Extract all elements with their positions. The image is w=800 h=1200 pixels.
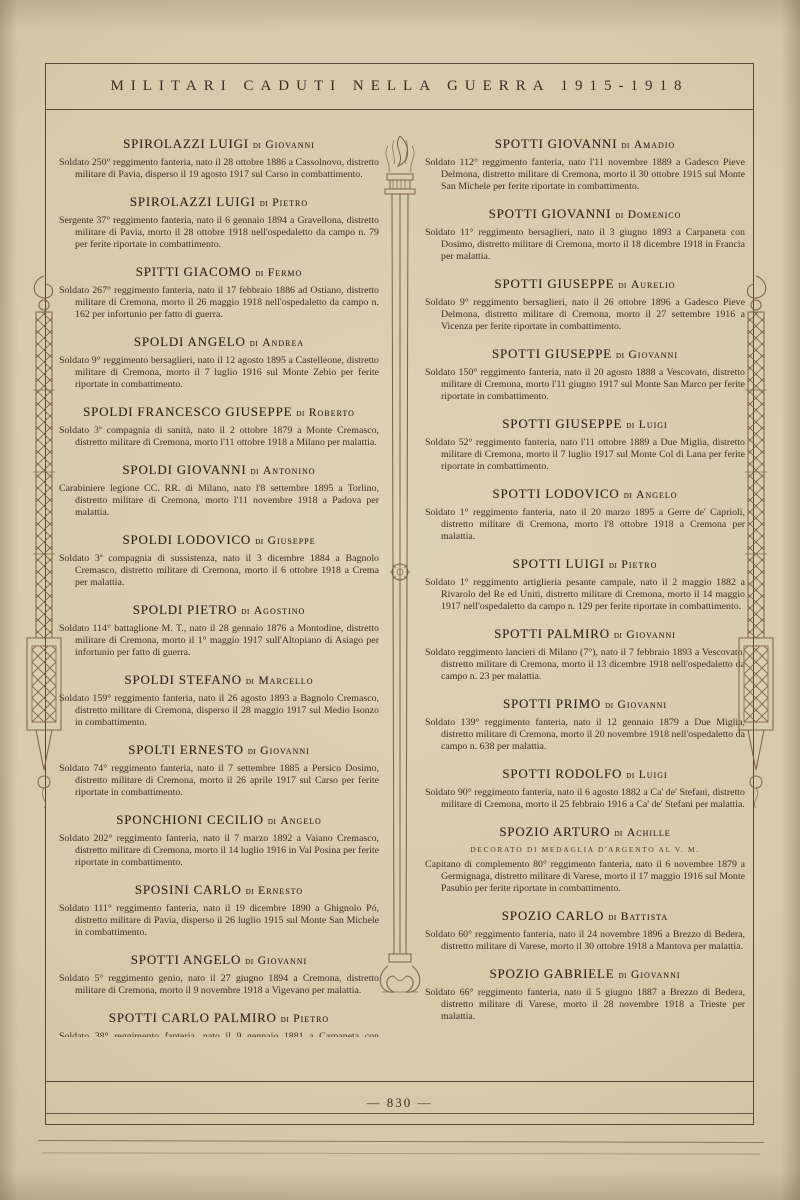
entry-text: Soldato 1° reggimento fanteria, nato il … [425,507,745,543]
casualty-entry: SPOTTI GIUSEPPE di Aurelio Soldato 9° re… [425,276,745,333]
entry-father: Pietro [293,1013,329,1025]
casualty-entry: SPOTTI ANGELO di Giovanni Soldato 5° reg… [59,952,379,997]
entry-di: di [609,560,617,571]
entry-surname: SPOLDI PIETRO [133,602,238,617]
page-title: MILITARI CADUTI NELLA GUERRA 1915-1918 [110,78,688,95]
entry-surname: SPOLTI ERNESTO [128,742,244,757]
casualty-entry: SPOTTI RODOLFO di Luigi Soldato 90° regg… [425,766,745,811]
entry-text: Soldato 11° reggimento bersaglieri, nato… [425,227,745,263]
entry-text: Soldato 159° reggimento fanteria, nato i… [59,693,379,729]
entry-heading: SPOTTI GIUSEPPE di Giovanni [425,346,745,362]
entry-surname: SPONCHIONI CECILIO [116,812,264,827]
casualty-entry: SPOLDI ANGELO di Andrea Soldato 9° reggi… [59,334,379,391]
entry-heading: SPONCHIONI CECILIO di Angelo [59,812,379,828]
entry-text: Soldato 3ª compagnia di sanità, nato il … [59,425,379,449]
entry-father: Domenico [628,209,682,221]
casualty-entry: SPOZIO ARTURO di Achille DECORATO DI MED… [425,824,745,895]
entry-di: di [253,140,261,151]
entry-decoration: DECORATO DI MEDAGLIA D'ARGENTO AL V. M. [425,845,745,854]
casualty-entry: SPOZIO GIOVANNI di Teodoro Soldato 154° … [425,1036,745,1037]
entry-father: Andrea [262,337,304,349]
entry-di: di [268,816,276,827]
entry-text: Soldato 60° reggimento fanteria, nato il… [425,929,745,953]
casualty-entry: SPONCHIONI CECILIO di Angelo Soldato 202… [59,812,379,869]
entry-heading: SPOTTI PALMIRO di Giovanni [425,626,745,642]
casualty-entry: SPOTTI GIOVANNI di Domenico Soldato 11° … [425,206,745,263]
entry-di: di [246,676,254,687]
casualty-entry: SPOLDI GIOVANNI di Antonino Carabiniere … [59,462,379,519]
entry-di: di [615,210,623,221]
entry-heading: SPOTTI LODOVICO di Angelo [425,486,745,502]
entry-heading: SPOTTI ANGELO di Giovanni [59,952,379,968]
entry-di: di [626,770,634,781]
footer-band: — 830 — [46,1081,753,1124]
entry-text: Soldato 114° battaglione M. T., nato il … [59,623,379,659]
entry-di: di [296,408,304,419]
entry-surname: SPOZIO CARLO [502,908,604,923]
entry-di: di [246,886,254,897]
entry-text: Soldato reggimento lancieri di Milano (7… [425,647,745,683]
entry-surname: SPOTTI RODOLFO [502,766,622,781]
entry-father: Pietro [621,559,657,571]
entry-text: Capitano di complemento 80° reggimento f… [425,859,745,895]
entry-father: Roberto [309,407,355,419]
entry-surname: SPOTTI GIUSEPPE [492,346,612,361]
entry-father: Achille [627,827,671,839]
entry-surname: SPOZIO GABRIELE [489,966,614,981]
entry-father: Giuseppe [268,535,316,547]
entry-heading: SPOLDI FRANCESCO GIUSEPPE di Roberto [59,404,379,420]
casualty-entry: SPOLDI STEFANO di Marcello Soldato 159° … [59,672,379,729]
page-edge-line [38,1140,764,1143]
entry-heading: SPOLDI STEFANO di Marcello [59,672,379,688]
entry-text: Soldato 202° reggimento fanteria, nato i… [59,833,379,869]
casualty-entry: SPOLTI ERNESTO di Giovanni Soldato 74° r… [59,742,379,799]
entry-heading: SPOTTI GIUSEPPE di Luigi [425,416,745,432]
entry-surname: SPOTTI GIUSEPPE [494,276,614,291]
entry-di: di [245,956,253,967]
page-edge-line [42,1152,760,1154]
entry-surname: SPOLDI FRANCESCO GIUSEPPE [83,404,292,419]
entry-father: Angelo [280,815,321,827]
entry-text: Soldato 5° reggimento genio, nato il 27 … [59,973,379,997]
entry-text: Sergente 37° reggimento fanteria, nato i… [59,215,379,251]
entry-surname: SPOTTI PRIMO [503,696,601,711]
entry-surname: SPOTTI PALMIRO [494,626,610,641]
entry-text: Carabiniere legione CC. RR. di Milano, n… [59,483,379,519]
left-column: SPIROLAZZI LUIGI di Giovanni Soldato 250… [59,136,379,1037]
entry-heading: SPOTTI LUIGI di Pietro [425,556,745,572]
entry-di: di [605,700,613,711]
entry-heading: SPOTTI PRIMO di Giovanni [425,696,745,712]
entry-di: di [619,970,627,981]
entry-heading: SPOZIO GABRIELE di Giovanni [425,966,745,982]
entry-father: Aurelio [631,279,676,291]
entry-surname: SPOZIO ARTURO [499,824,610,839]
entry-surname: SPOLDI ANGELO [134,334,246,349]
entry-text: Soldato 150° reggimento fanteria, nato i… [425,367,745,403]
entry-heading: SPOLTI ERNESTO di Giovanni [59,742,379,758]
entry-father: Luigi [639,769,668,781]
entry-father: Giovanni [629,349,679,361]
entry-di: di [248,746,256,757]
entries-area: SPIROLAZZI LUIGI di Giovanni Soldato 250… [46,110,753,1037]
entry-text: Soldato 250° reggimento fanteria, nato i… [59,157,379,181]
casualty-entry: SPOZIO GABRIELE di Giovanni Soldato 66° … [425,966,745,1023]
casualty-entry: SPOTTI PALMIRO di Giovanni Soldato reggi… [425,626,745,683]
entry-text: Soldato 90° reggimento fanteria, nato il… [425,787,745,811]
entry-surname: SPOZIO GIOVANNI [491,1036,615,1037]
entry-surname: SPIROLAZZI LUIGI [123,136,249,151]
casualty-entry: SPOSINI CARLO di Ernesto Soldato 111° re… [59,882,379,939]
entry-heading: SPOTTI GIUSEPPE di Aurelio [425,276,745,292]
casualty-entry: SPIROLAZZI LUIGI di Giovanni Soldato 250… [59,136,379,181]
entry-father: Fermo [268,267,303,279]
casualty-entry: SPOTTI CARLO PALMIRO di Pietro Soldato 3… [59,1010,379,1037]
entry-surname: SPOTTI GIOVANNI [489,206,612,221]
entry-father: Ernesto [258,885,303,897]
entry-father: Giovanni [631,969,681,981]
entry-di: di [626,420,634,431]
entry-surname: SPOTTI LODOVICO [492,486,619,501]
entry-father: Giovanni [260,745,310,757]
entry-di: di [251,466,259,477]
entry-heading: SPOTTI GIOVANNI di Amadio [425,136,745,152]
entry-text: Soldato 74° reggimento fanteria, nato il… [59,763,379,799]
casualty-entry: SPOLDI LODOVICO di Giuseppe Soldato 3ª c… [59,532,379,589]
entry-text: Soldato 111° reggimento fanteria, nato i… [59,903,379,939]
casualty-entry: SPIROLAZZI LUIGI di Pietro Sergente 37° … [59,194,379,251]
entry-text: Soldato 3ª compagnia di sussistenza, nat… [59,553,379,589]
entry-heading: SPOZIO GIOVANNI di Teodoro [425,1036,745,1037]
entry-heading: SPOZIO CARLO di Battista [425,908,745,924]
entry-heading: SPOLDI LODOVICO di Giuseppe [59,532,379,548]
casualty-entry: SPITTI GIACOMO di Fermo Soldato 267° reg… [59,264,379,321]
casualty-entry: SPOTTI GIUSEPPE di Luigi Soldato 52° reg… [425,416,745,473]
entry-di: di [614,630,622,641]
entry-di: di [614,828,622,839]
page-frame: MILITARI CADUTI NELLA GUERRA 1915-1918 S… [45,63,754,1125]
entry-father: Luigi [639,419,668,431]
entry-father: Giovanni [618,699,668,711]
scanned-book-page: { "page": { "title": "MILITARI CADUTI NE… [0,0,800,1200]
entry-heading: SPOLDI PIETRO di Agostino [59,602,379,618]
entry-surname: SPOTTI CARLO PALMIRO [109,1010,277,1025]
entry-di: di [616,350,624,361]
entry-heading: SPITTI GIACOMO di Fermo [59,264,379,280]
entry-heading: SPOSINI CARLO di Ernesto [59,882,379,898]
entry-di: di [281,1014,289,1025]
entry-father: Marcello [258,675,313,687]
casualty-entry: SPOZIO CARLO di Battista Soldato 60° reg… [425,908,745,953]
entry-surname: SPOTTI GIUSEPPE [502,416,622,431]
entry-surname: SPITTI GIACOMO [136,264,252,279]
entry-surname: SPOLDI LODOVICO [122,532,251,547]
casualty-entry: SPOTTI PRIMO di Giovanni Soldato 139° re… [425,696,745,753]
entry-di: di [621,140,629,151]
entry-di: di [241,606,249,617]
entry-surname: SPOLDI STEFANO [124,672,242,687]
entry-text: Soldato 1° reggimento artiglieria pesant… [425,577,745,613]
entry-di: di [255,536,263,547]
entry-father: Pietro [272,197,308,209]
entry-text: Soldato 112° reggimento fanteria, nato l… [425,157,745,193]
entry-di: di [624,490,632,501]
entry-father: Antonino [263,465,316,477]
entry-di: di [250,338,258,349]
casualty-entry: SPOTTI LODOVICO di Angelo Soldato 1° reg… [425,486,745,543]
entry-text: Soldato 139° reggimento fanteria, nato i… [425,717,745,753]
entry-heading: SPIROLAZZI LUIGI di Pietro [59,194,379,210]
entry-heading: SPOTTI CARLO PALMIRO di Pietro [59,1010,379,1026]
entry-text: Soldato 9° reggimento bersaglieri, nato … [425,297,745,333]
entry-text: Soldato 9° reggimento bersaglieri, nato … [59,355,379,391]
casualty-entry: SPOTTI GIOVANNI di Amadio Soldato 112° r… [425,136,745,193]
entry-heading: SPOTTI RODOLFO di Luigi [425,766,745,782]
entry-text: Soldato 38° reggimento fanteria, nato il… [59,1031,379,1037]
entry-surname: SPIROLAZZI LUIGI [130,194,256,209]
entry-father: Agostino [254,605,305,617]
casualty-entry: SPOLDI PIETRO di Agostino Soldato 114° b… [59,602,379,659]
entry-di: di [608,912,616,923]
entry-di: di [255,268,263,279]
entry-di: di [260,198,268,209]
entry-father: Angelo [636,489,677,501]
entry-heading: SPIROLAZZI LUIGI di Giovanni [59,136,379,152]
entry-heading: SPOLDI ANGELO di Andrea [59,334,379,350]
entry-surname: SPOSINI CARLO [135,882,242,897]
entry-text: Soldato 66° reggimento fanteria, nato il… [425,987,745,1023]
entry-father: Giovanni [265,139,315,151]
entry-heading: SPOTTI GIOVANNI di Domenico [425,206,745,222]
entry-father: Battista [621,911,668,923]
entry-heading: SPOLDI GIOVANNI di Antonino [59,462,379,478]
right-column: SPOTTI GIOVANNI di Amadio Soldato 112° r… [425,136,745,1037]
casualty-entry: SPOTTI GIUSEPPE di Giovanni Soldato 150°… [425,346,745,403]
entry-surname: SPOTTI LUIGI [513,556,605,571]
title-band: MILITARI CADUTI NELLA GUERRA 1915-1918 [46,64,753,110]
entry-surname: SPOLDI GIOVANNI [122,462,246,477]
entry-father: Giovanni [258,955,308,967]
entry-surname: SPOTTI ANGELO [131,952,241,967]
entry-father: Giovanni [626,629,676,641]
entry-father: Amadio [634,139,675,151]
entry-text: Soldato 52° reggimento fanteria, nato l'… [425,437,745,473]
page-number: — 830 — [367,1095,433,1111]
entry-text: Soldato 267° reggimento fanteria, nato i… [59,285,379,321]
entry-di: di [618,280,626,291]
entry-surname: SPOTTI GIOVANNI [495,136,618,151]
entry-heading: SPOZIO ARTURO di Achille [425,824,745,840]
casualty-entry: SPOTTI LUIGI di Pietro Soldato 1° reggim… [425,556,745,613]
inner-bottom-rule [46,1113,753,1114]
casualty-entry: SPOLDI FRANCESCO GIUSEPPE di Roberto Sol… [59,404,379,449]
